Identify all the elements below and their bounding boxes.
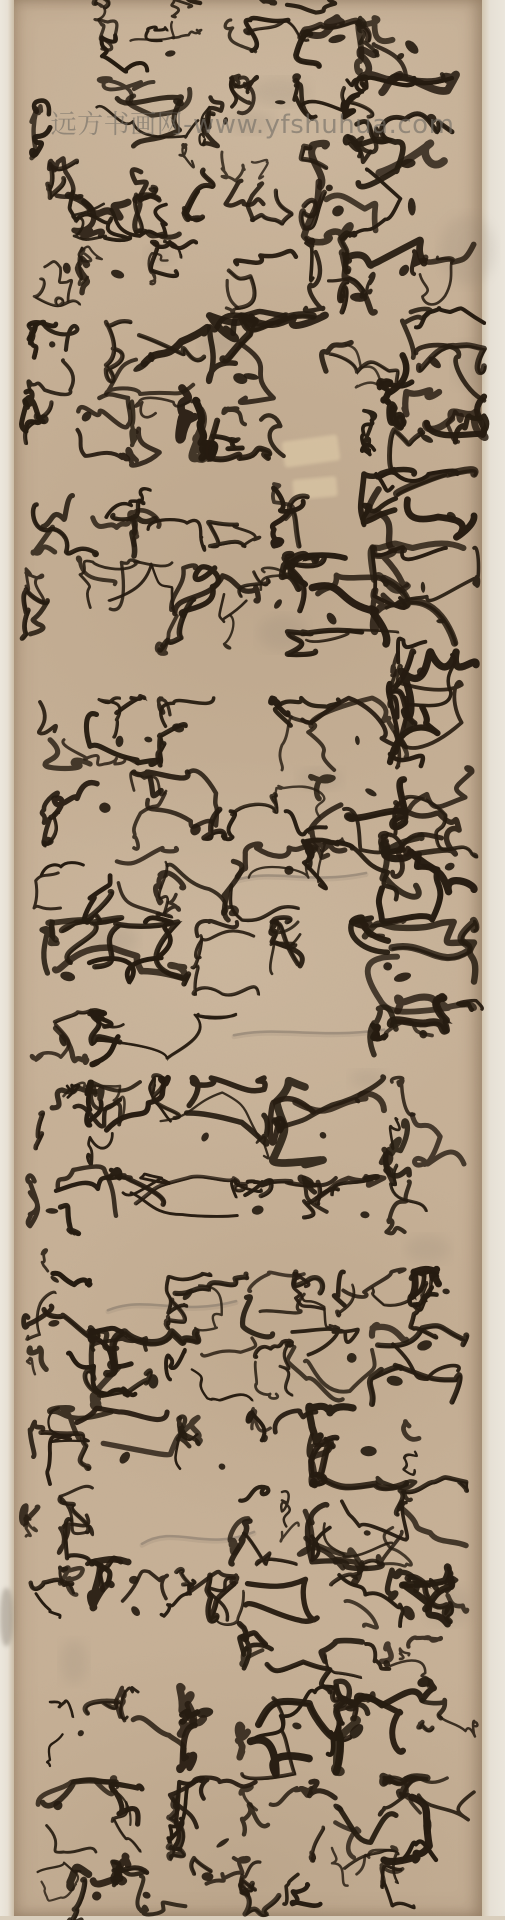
ink-strokes-svg	[0, 0, 505, 1920]
calligraphy-scroll-photo: 远方书画网-www.yfshuhua.com	[0, 0, 505, 1920]
